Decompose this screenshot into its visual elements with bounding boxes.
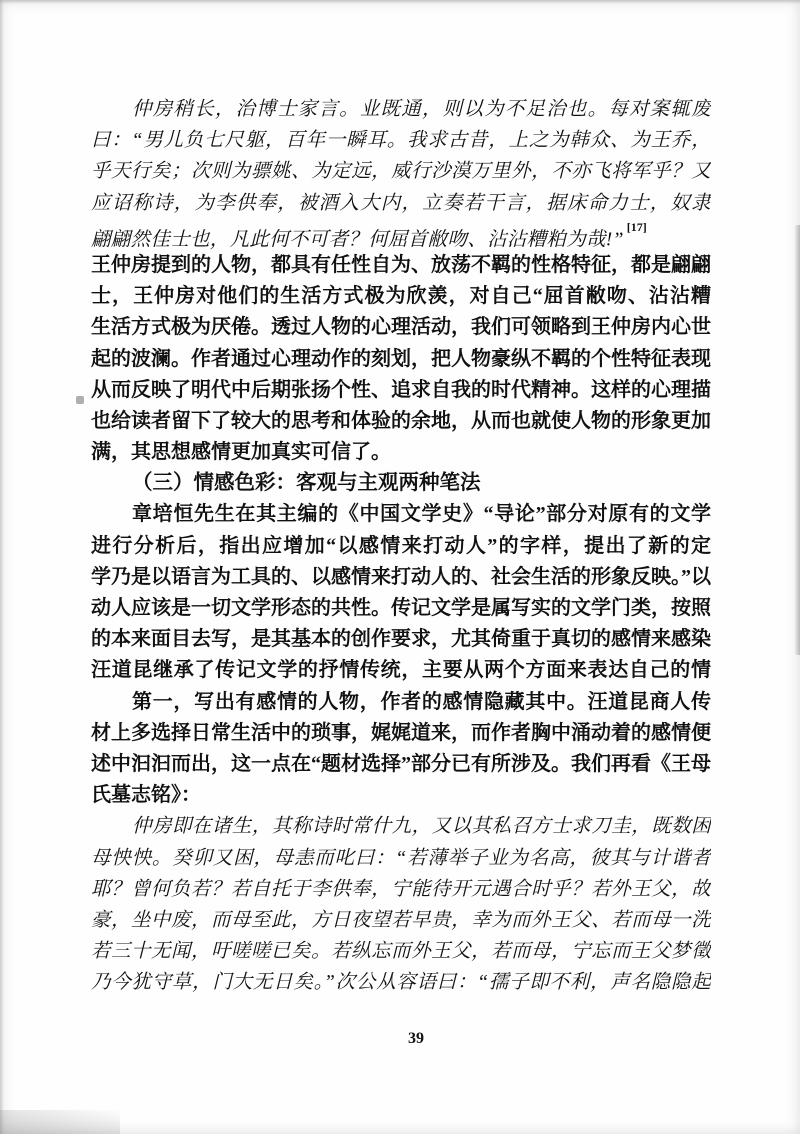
text-run: 生活方式极为厌倦。透过人物的心理活动，我们可领略到王仲房内心世界掀 (91, 316, 711, 343)
block-quote: 仲房稍长，治博士家言。业既通，则以为不足治也。每对案辄废书，叹曰：“男儿负七尺躯… (91, 94, 711, 250)
text-line: 述中汩汩而出，这一点在“题材选择”部分已有所涉及。我们再看《王母高 (91, 749, 711, 780)
text-run: 曰：“男儿负七尺躯，百年一瞬耳。我求古昔，上之为韩众、为王乔，仙仙 (91, 130, 711, 156)
text-line: 乃今犹守草，门大无日矣。”次公从容语曰：“孺子即不利，声名隐隐起南州， (91, 967, 711, 998)
text-line: 曰：“男儿负七尺躯，百年一瞬耳。我求古昔，上之为韩众、为王乔，仙仙 (91, 125, 711, 156)
text-run: 的本来面目去写，是其基本的创作要求，尤其倚重于真切的感情来感染人。 (91, 628, 711, 655)
scan-artifact (794, 225, 800, 655)
text-run: 乃今犹守草，门大无日矣。”次公从容语曰：“孺子即不利，声名隐隐起南州， (91, 972, 711, 998)
text-line: 的本来面目去写，是其基本的创作要求，尤其倚重于真切的感情来感染人。 (91, 624, 711, 655)
text-line: 第一，写出有感情的人物，作者的感情隐藏其中。汪道昆商人传记在题 (91, 687, 711, 718)
page-number: 39 (91, 1030, 741, 1048)
text-line: 应诏称诗，为李供奉，被酒入大内，立奏若干言，据床命力士，奴隶之。盖 (91, 188, 711, 219)
text-line: 动人应该是一切文学形态的共性。传记文学是属写实的文学门类，按照生活 (91, 593, 711, 624)
text-run: 满，其思想感情更加真实可信了。 (91, 441, 391, 463)
text-line: 汪道昆继承了传记文学的抒情传统，主要从两个方面来表达自己的情感。 (91, 655, 711, 686)
text-run: 述中汩汩而出，这一点在“题材选择”部分已有所涉及。我们再看《王母高 (91, 753, 711, 780)
text-line: 氏墓志铭》： (91, 780, 711, 811)
footnote-ref: [17] (627, 220, 647, 234)
text-run: 学乃是以语言为工具的、以感情来打动人的、社会生活的形象反映。”以情 (91, 566, 711, 593)
text-line: 乎天行矣；次则为骠姚、为定远，威行沙漠万里外，不亦飞将军乎？又次则 (91, 156, 711, 187)
text-run: （三）情感色彩：客观与主观两种笔法 (132, 472, 481, 494)
text-run: 章培恒先生在其主编的《中国文学史》“导论”部分对原有的文学定义 (91, 503, 711, 530)
text-run: 起的波澜。作者通过心理动作的刻划，把人物豪纵不羁的个性特征表现出来， (91, 348, 711, 375)
scan-artifact (76, 396, 84, 404)
text-line: 进行分析后，指出应增加“以感情来打动人”的字样，提出了新的定义：“文 (91, 531, 711, 562)
text-run: 乎天行矣；次则为骠姚、为定远，威行沙漠万里外，不亦飞将军乎？又次则 (91, 161, 711, 187)
text-run: 若三十无闻，吁嗟嗟已矣。若纵忘而外王父，若而母，宁忘而王父梦徵之言？ (91, 941, 711, 967)
paragraph: 王仲房提到的人物，都具有任性自为、放荡不羁的性格特征，都是翩翩然佳士，王仲房对他… (91, 250, 711, 468)
text-line: 士，王仲房对他们的生活方式极为欣羡，对自己“屈首敝吻、沾沾糟粕”的 (91, 281, 711, 312)
text-line: 学乃是以语言为工具的、以感情来打动人的、社会生活的形象反映。”以情 (91, 562, 711, 593)
text-run: 动人应该是一切文学形态的共性。传记文学是属写实的文学门类，按照生活 (91, 597, 711, 624)
scan-artifact (0, 1110, 120, 1134)
text-line: 仲房稍长，治博士家言。业既通，则以为不足治也。每对案辄废书，叹 (91, 94, 711, 125)
text-line: 起的波澜。作者通过心理动作的刻划，把人物豪纵不羁的个性特征表现出来， (91, 344, 711, 375)
text-line: 若三十无闻，吁嗟嗟已矣。若纵忘而外王父，若而母，宁忘而王父梦徵之言？ (91, 936, 711, 967)
text-run: 仲房即在诸生，其称诗时常什九，又以其私召方士求刀圭，既数困有司， (91, 816, 711, 842)
text-run: 也给读者留下了较大的思考和体验的余地，从而也就使人物的形象更加丰 (91, 410, 711, 437)
text-line: 章培恒先生在其主编的《中国文学史》“导论”部分对原有的文学定义 (91, 499, 711, 530)
text-run: 从而反映了明代中后期张扬个性、追求自我的时代精神。这样的心理描写， (91, 379, 711, 406)
text-run: 第一，写出有感情的人物，作者的感情隐藏其中。汪道昆商人传记在题 (91, 691, 711, 718)
text-line: 母怏怏。癸卯又困，母恚而叱曰：“若薄举子业为名高，彼其与计谐者何业 (91, 843, 711, 874)
text-line: 耶？曾何负若？若自托于李供奉，宁能待开元遇合时乎？若外王父，故五陵 (91, 874, 711, 905)
text-run: 进行分析后，指出应增加“以感情来打动人”的字样，提出了新的定义：“文 (91, 535, 711, 562)
text-run: 士，王仲房对他们的生活方式极为欣羡，对自己“屈首敝吻、沾沾糟粕”的 (91, 285, 711, 312)
paragraph: 第一，写出有感情的人物，作者的感情隐藏其中。汪道昆商人传记在题材上多选择日常生活… (91, 687, 711, 812)
text-run: 仲房稍长，治博士家言。业既通，则以为不足治也。每对案辄废书，叹 (91, 99, 711, 125)
text-run: 王仲房提到的人物，都具有任性自为、放荡不羁的性格特征，都是翩翩然佳 (91, 254, 711, 281)
block-quote: 仲房即在诸生，其称诗时常什九，又以其私召方士求刀圭，既数困有司，母怏怏。癸卯又困… (91, 811, 711, 998)
scanned-thesis-page: 仲房稍长，治博士家言。业既通，则以为不足治也。每对案辄废书，叹曰：“男儿负七尺躯… (0, 0, 800, 1134)
section-heading: （三）情感色彩：客观与主观两种笔法 (91, 468, 711, 499)
text-line: 翩翩然佳士也，凡此何不可者？何屈首敝吻、沾沾糟粕为哉!”[17] (91, 219, 711, 250)
text-run: 应诏称诗，为李供奉，被酒入大内，立奏若干言，据床命力士，奴隶之。盖 (91, 193, 711, 219)
scan-artifact (0, 0, 800, 4)
text-run: 材上多选择日常生活中的琐事，娓娓道来，而作者胸中涌动着的感情便从叙 (91, 722, 711, 749)
text-line: 仲房即在诸生，其称诗时常什九，又以其私召方士求刀圭，既数困有司， (91, 811, 711, 842)
scan-artifact (0, 0, 4, 1134)
text-line: 满，其思想感情更加真实可信了。 (91, 437, 711, 468)
text-run: 豪，坐中废，而母至此，方日夜望若早贵，幸为而外王父、若而母一洗之。 (91, 910, 711, 936)
text-run: 母怏怏。癸卯又困，母恚而叱曰：“若薄举子业为名高，彼其与计谐者何业 (91, 848, 711, 874)
text-line: 生活方式极为厌倦。透过人物的心理活动，我们可领略到王仲房内心世界掀 (91, 312, 711, 343)
text-run: 氏墓志铭》： (91, 784, 201, 806)
paragraph: 章培恒先生在其主编的《中国文学史》“导论”部分对原有的文学定义进行分析后，指出应… (91, 499, 711, 686)
text-run: 翩翩然佳士也，凡此何不可者？何屈首敝吻、沾沾糟粕为哉!” (91, 229, 624, 250)
text-line: 从而反映了明代中后期张扬个性、追求自我的时代精神。这样的心理描写， (91, 375, 711, 406)
text-line: 豪，坐中废，而母至此，方日夜望若早贵，幸为而外王父、若而母一洗之。 (91, 905, 711, 936)
text-line: 也给读者留下了较大的思考和体验的余地，从而也就使人物的形象更加丰 (91, 406, 711, 437)
text-line: 材上多选择日常生活中的琐事，娓娓道来，而作者胸中涌动着的感情便从叙 (91, 718, 711, 749)
text-area: 仲房稍长，治博士家言。业既通，则以为不足治也。每对案辄废书，叹曰：“男儿负七尺躯… (91, 94, 711, 998)
text-line: （三）情感色彩：客观与主观两种笔法 (91, 468, 711, 499)
text-line: 王仲房提到的人物，都具有任性自为、放荡不羁的性格特征，都是翩翩然佳 (91, 250, 711, 281)
text-run: 汪道昆继承了传记文学的抒情传统，主要从两个方面来表达自己的情感。 (91, 659, 711, 686)
text-run: 耶？曾何负若？若自托于李供奉，宁能待开元遇合时乎？若外王父，故五陵 (91, 879, 711, 905)
